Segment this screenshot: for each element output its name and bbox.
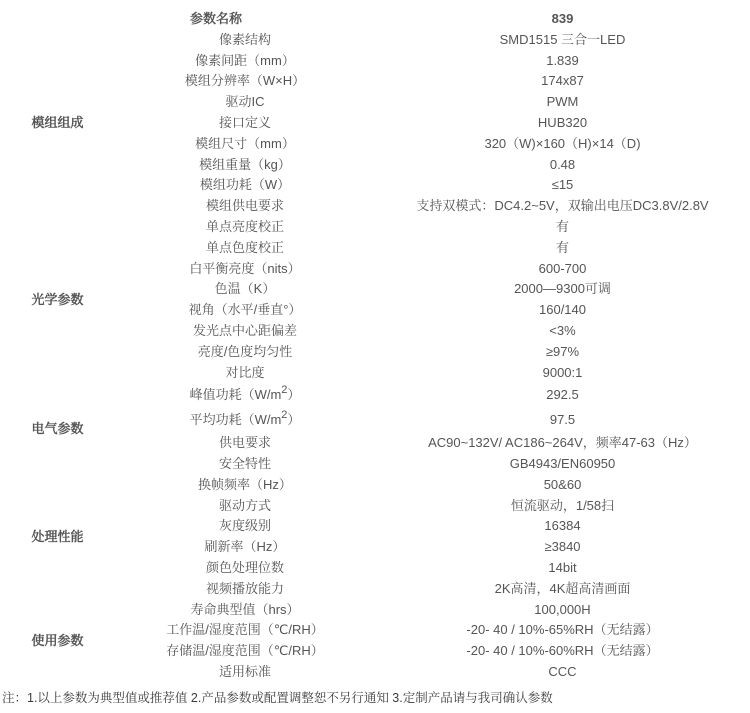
param-cell: 像素间距（mm） — [115, 51, 375, 72]
value-cell: 16384 — [375, 517, 750, 538]
param-cell: 供电要求 — [115, 433, 375, 454]
category-cell: 电气参数 — [0, 383, 115, 475]
value-cell: 160/140 — [375, 300, 750, 321]
table-row: 模组组成像素结构SMD1515 三合一LED — [0, 30, 750, 51]
value-cell: <3% — [375, 321, 750, 342]
value-cell: ≤15 — [375, 175, 750, 196]
param-cell: 平均功耗（W/m2） — [115, 408, 375, 433]
table-row: 使用参数寿命典型值（hrs）100,000H — [0, 600, 750, 621]
value-cell: SMD1515 三合一LED — [375, 30, 750, 51]
value-cell: ≥97% — [375, 342, 750, 363]
param-cell: 单点色度校正 — [115, 238, 375, 259]
superscript-2: 2 — [281, 384, 287, 396]
param-cell: 模组供电要求 — [115, 196, 375, 217]
value-cell: GB4943/EN60950 — [375, 454, 750, 475]
param-cell: 白平衡亮度（nits） — [115, 259, 375, 280]
value-cell: ≥3840 — [375, 537, 750, 558]
table-row: 处理性能换帧频率（Hz）50&60 — [0, 475, 750, 496]
param-cell: 颜色处理位数 — [115, 558, 375, 579]
category-cell: 模组组成 — [0, 30, 115, 217]
value-cell: 100,000H — [375, 600, 750, 621]
param-cell: 驱动方式 — [115, 496, 375, 517]
param-cell: 安全特性 — [115, 454, 375, 475]
value-cell: 1.839 — [375, 51, 750, 72]
value-cell: 97.5 — [375, 408, 750, 433]
value-cell: PWM — [375, 92, 750, 113]
value-cell: 2000—9300可调 — [375, 279, 750, 300]
superscript-2: 2 — [281, 409, 287, 421]
spec-table-body: 参数名称839模组组成像素结构SMD1515 三合一LED像素间距（mm）1.8… — [0, 9, 750, 683]
param-cell: 模组分辨率（W×H） — [115, 71, 375, 92]
value-cell: AC90~132V/ AC186~264V，频率47-63（Hz） — [375, 433, 750, 454]
category-cell: 使用参数 — [0, 600, 115, 683]
category-cell: 光学参数 — [0, 217, 115, 383]
param-cell: 接口定义 — [115, 113, 375, 134]
param-cell: 存储温/湿度范围（℃/RH） — [115, 641, 375, 662]
value-cell: 600-700 — [375, 259, 750, 280]
value-cell: 有 — [375, 217, 750, 238]
value-cell: 9000:1 — [375, 363, 750, 384]
param-cell: 对比度 — [115, 363, 375, 384]
param-cell: 峰值功耗（W/m2） — [115, 383, 375, 408]
value-cell: 0.48 — [375, 155, 750, 176]
table-row: 电气参数峰值功耗（W/m2）292.5 — [0, 383, 750, 408]
param-cell: 灰度级别 — [115, 517, 375, 538]
param-cell: 色温（K） — [115, 279, 375, 300]
footnote: 注：1.以上参数为典型值或推荐值 2.产品参数或配置调整恕不另行通知 3.定制产… — [0, 688, 750, 706]
param-cell: 模组重量（kg） — [115, 155, 375, 176]
header-category-cell — [0, 9, 115, 30]
value-cell: -20- 40 / 10%-60%RH（无结露） — [375, 641, 750, 662]
param-cell: 刷新率（Hz） — [115, 537, 375, 558]
header-param-cell: 参数名称 — [115, 9, 375, 30]
value-cell: 有 — [375, 238, 750, 259]
param-cell: 视频播放能力 — [115, 579, 375, 600]
param-cell: 工作温/湿度范围（℃/RH） — [115, 621, 375, 642]
param-cell: 发光点中心距偏差 — [115, 321, 375, 342]
value-cell: 2K高清，4K超高清画面 — [375, 579, 750, 600]
param-cell: 寿命典型值（hrs） — [115, 600, 375, 621]
param-cell: 亮度/色度均匀性 — [115, 342, 375, 363]
value-cell: 14bit — [375, 558, 750, 579]
value-cell: 320（W)×160（H)×14（D) — [375, 134, 750, 155]
param-cell: 单点亮度校正 — [115, 217, 375, 238]
value-cell: 174x87 — [375, 71, 750, 92]
param-cell: 模组尺寸（mm） — [115, 134, 375, 155]
value-cell: -20- 40 / 10%-65%RH（无结露） — [375, 621, 750, 642]
value-cell: HUB320 — [375, 113, 750, 134]
header-value-cell: 839 — [375, 9, 750, 30]
param-cell: 视角（水平/垂直°） — [115, 300, 375, 321]
table-row: 光学参数单点亮度校正有 — [0, 217, 750, 238]
spec-table: 参数名称839模组组成像素结构SMD1515 三合一LED像素间距（mm）1.8… — [0, 9, 750, 683]
param-cell: 换帧频率（Hz） — [115, 475, 375, 496]
category-cell: 处理性能 — [0, 475, 115, 600]
value-cell: 292.5 — [375, 383, 750, 408]
value-cell: CCC — [375, 662, 750, 683]
table-header-row: 参数名称839 — [0, 9, 750, 30]
value-cell: 恒流驱动，1/58扫 — [375, 496, 750, 517]
spec-sheet: 参数名称839模组组成像素结构SMD1515 三合一LED像素间距（mm）1.8… — [0, 0, 750, 706]
value-cell: 50&60 — [375, 475, 750, 496]
param-cell: 像素结构 — [115, 30, 375, 51]
value-cell: 支持双模式：DC4.2~5V，双输出电压DC3.8V/2.8V — [375, 196, 750, 217]
param-cell: 适用标准 — [115, 662, 375, 683]
param-cell: 模组功耗（W） — [115, 175, 375, 196]
param-cell: 驱动IC — [115, 92, 375, 113]
